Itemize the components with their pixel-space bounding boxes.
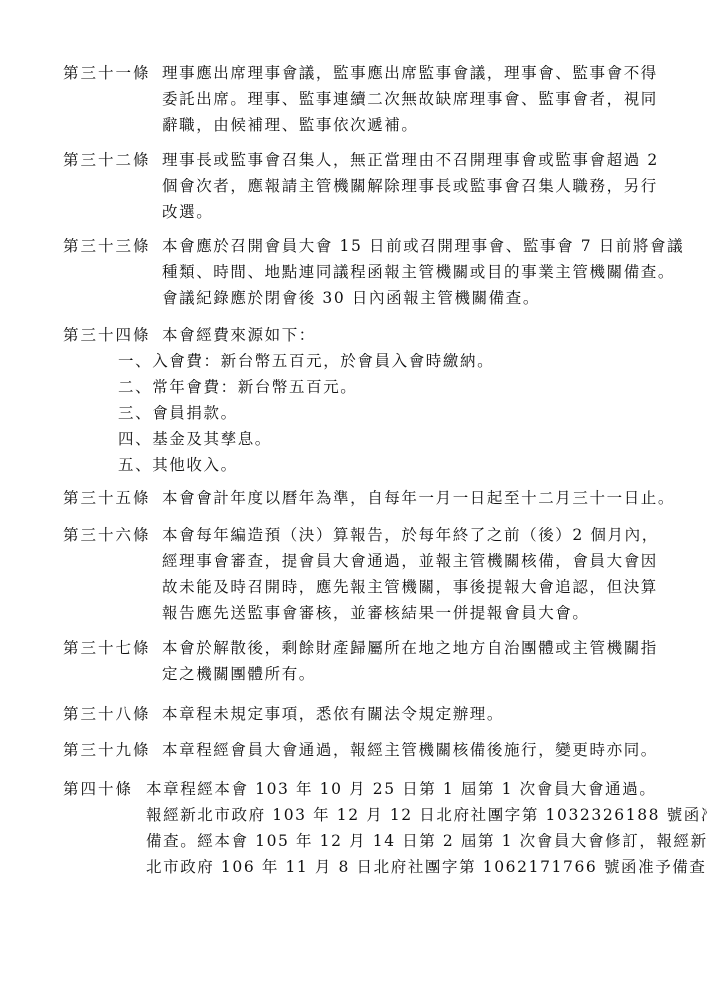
- article-label: 第三十六條: [63, 522, 151, 548]
- article-body: 理事應出席理事會議，監事應出席監事會議，理事會、監事會不得 委託出席。理事、監事…: [162, 60, 658, 138]
- document-page: 第三十一條 理事應出席理事會議，監事應出席監事會議，理事會、監事會不得 委託出席…: [0, 0, 707, 1000]
- text-line: 報告應先送監事會審核，並審核結果一併提報會員大會。: [162, 600, 659, 626]
- list-item: 三、會員捐款。: [118, 400, 494, 426]
- text-line: 定之機關團體所有。: [162, 661, 658, 687]
- article-body: 本會應於召開會員大會 15 日前或召開理事會、監事會 7 日前將會議 種類、時間…: [162, 233, 684, 311]
- funding-source-list: 一、入會費：新台幣五百元，於會員入會時繳納。 二、常年會費：新台幣五百元。 三、…: [118, 348, 494, 478]
- article-label: 第三十三條: [63, 233, 151, 259]
- article-body: 本會於解散後，剩餘財產歸屬所在地之地方自治團體或主管機關指 定之機關團體所有。: [162, 635, 658, 687]
- article-body: 本會會計年度以曆年為準，自每年一月一日起至十二月三十一日止。: [162, 485, 675, 511]
- article-body: 本會每年編造預（決）算報告，於每年終了之前（後）2 個月內， 經理事會審查，提會…: [162, 522, 659, 626]
- article-body: 本會經費來源如下：: [162, 322, 316, 348]
- text-line: 個會次者，應報請主管機關解除理事長或監事會召集人職務，另行: [162, 173, 659, 199]
- article-label: 第四十條: [63, 776, 133, 802]
- article-body: 本章程經本會 103 年 10 月 25 日第 1 屆第 1 次會員大會通過。 …: [146, 776, 707, 880]
- text-line: 本會應於召開會員大會 15 日前或召開理事會、監事會 7 日前將會議: [162, 233, 684, 259]
- text-line: 本會每年編造預（決）算報告，於每年終了之前（後）2 個月內，: [162, 522, 659, 548]
- article-body: 本章程經會員大會通過，報經主管機關核備後施行，變更時亦同。: [162, 737, 658, 763]
- list-item: 四、基金及其孳息。: [118, 426, 494, 452]
- text-line: 北市政府 106 年 11 月 8 日北府社團字第 1062171766 號函准…: [146, 854, 707, 880]
- article-body: 本章程未規定事項，悉依有關法令規定辦理。: [162, 701, 504, 727]
- text-line: 本會會計年度以曆年為準，自每年一月一日起至十二月三十一日止。: [162, 485, 675, 511]
- article-label: 第三十一條: [63, 60, 151, 86]
- text-line: 委託出席。理事、監事連續二次無故缺席理事會、監事會者，視同: [162, 86, 658, 112]
- list-item: 一、入會費：新台幣五百元，於會員入會時繳納。: [118, 348, 494, 374]
- text-line: 會議紀錄應於閉會後 30 日內函報主管機關備查。: [162, 285, 684, 311]
- article-label: 第三十七條: [63, 635, 151, 661]
- text-line: 辭職，由候補理、監事依次遞補。: [162, 112, 658, 138]
- text-line: 故未能及時召開時，應先報主管機關，事後提報大會追認，但決算: [162, 574, 659, 600]
- text-line: 改選。: [162, 199, 659, 225]
- article-label: 第三十八條: [63, 701, 151, 727]
- text-line: 本章程經本會 103 年 10 月 25 日第 1 屆第 1 次會員大會通過。: [146, 776, 707, 802]
- text-line: 報經新北市政府 103 年 12 月 12 日北府社團字第 1032326188…: [146, 802, 707, 828]
- text-line: 經理事會審查，提會員大會通過，並報主管機關核備，會員大會因: [162, 548, 659, 574]
- article-label: 第三十五條: [63, 485, 151, 511]
- article-label: 第三十二條: [63, 147, 151, 173]
- article-label: 第三十九條: [63, 737, 151, 763]
- text-line: 本章程經會員大會通過，報經主管機關核備後施行，變更時亦同。: [162, 737, 658, 763]
- text-line: 理事應出席理事會議，監事應出席監事會議，理事會、監事會不得: [162, 60, 658, 86]
- list-item: 五、其他收入。: [118, 452, 494, 478]
- text-line: 本章程未規定事項，悉依有關法令規定辦理。: [162, 701, 504, 727]
- text-line: 本會於解散後，剩餘財產歸屬所在地之地方自治團體或主管機關指: [162, 635, 658, 661]
- text-line: 種類、時間、地點連同議程函報主管機關或目的事業主管機關備查。: [162, 259, 684, 285]
- list-item: 二、常年會費：新台幣五百元。: [118, 374, 494, 400]
- text-line: 理事長或監事會召集人，無正當理由不召開理事會或監事會超過 2: [162, 147, 659, 173]
- article-body: 理事長或監事會召集人，無正當理由不召開理事會或監事會超過 2 個會次者，應報請主…: [162, 147, 659, 225]
- article-label: 第三十四條: [63, 322, 151, 348]
- text-line: 備查。經本會 105 年 12 月 14 日第 2 屆第 1 次會員大會修訂，報…: [146, 828, 707, 854]
- text-line: 本會經費來源如下：: [162, 322, 316, 348]
